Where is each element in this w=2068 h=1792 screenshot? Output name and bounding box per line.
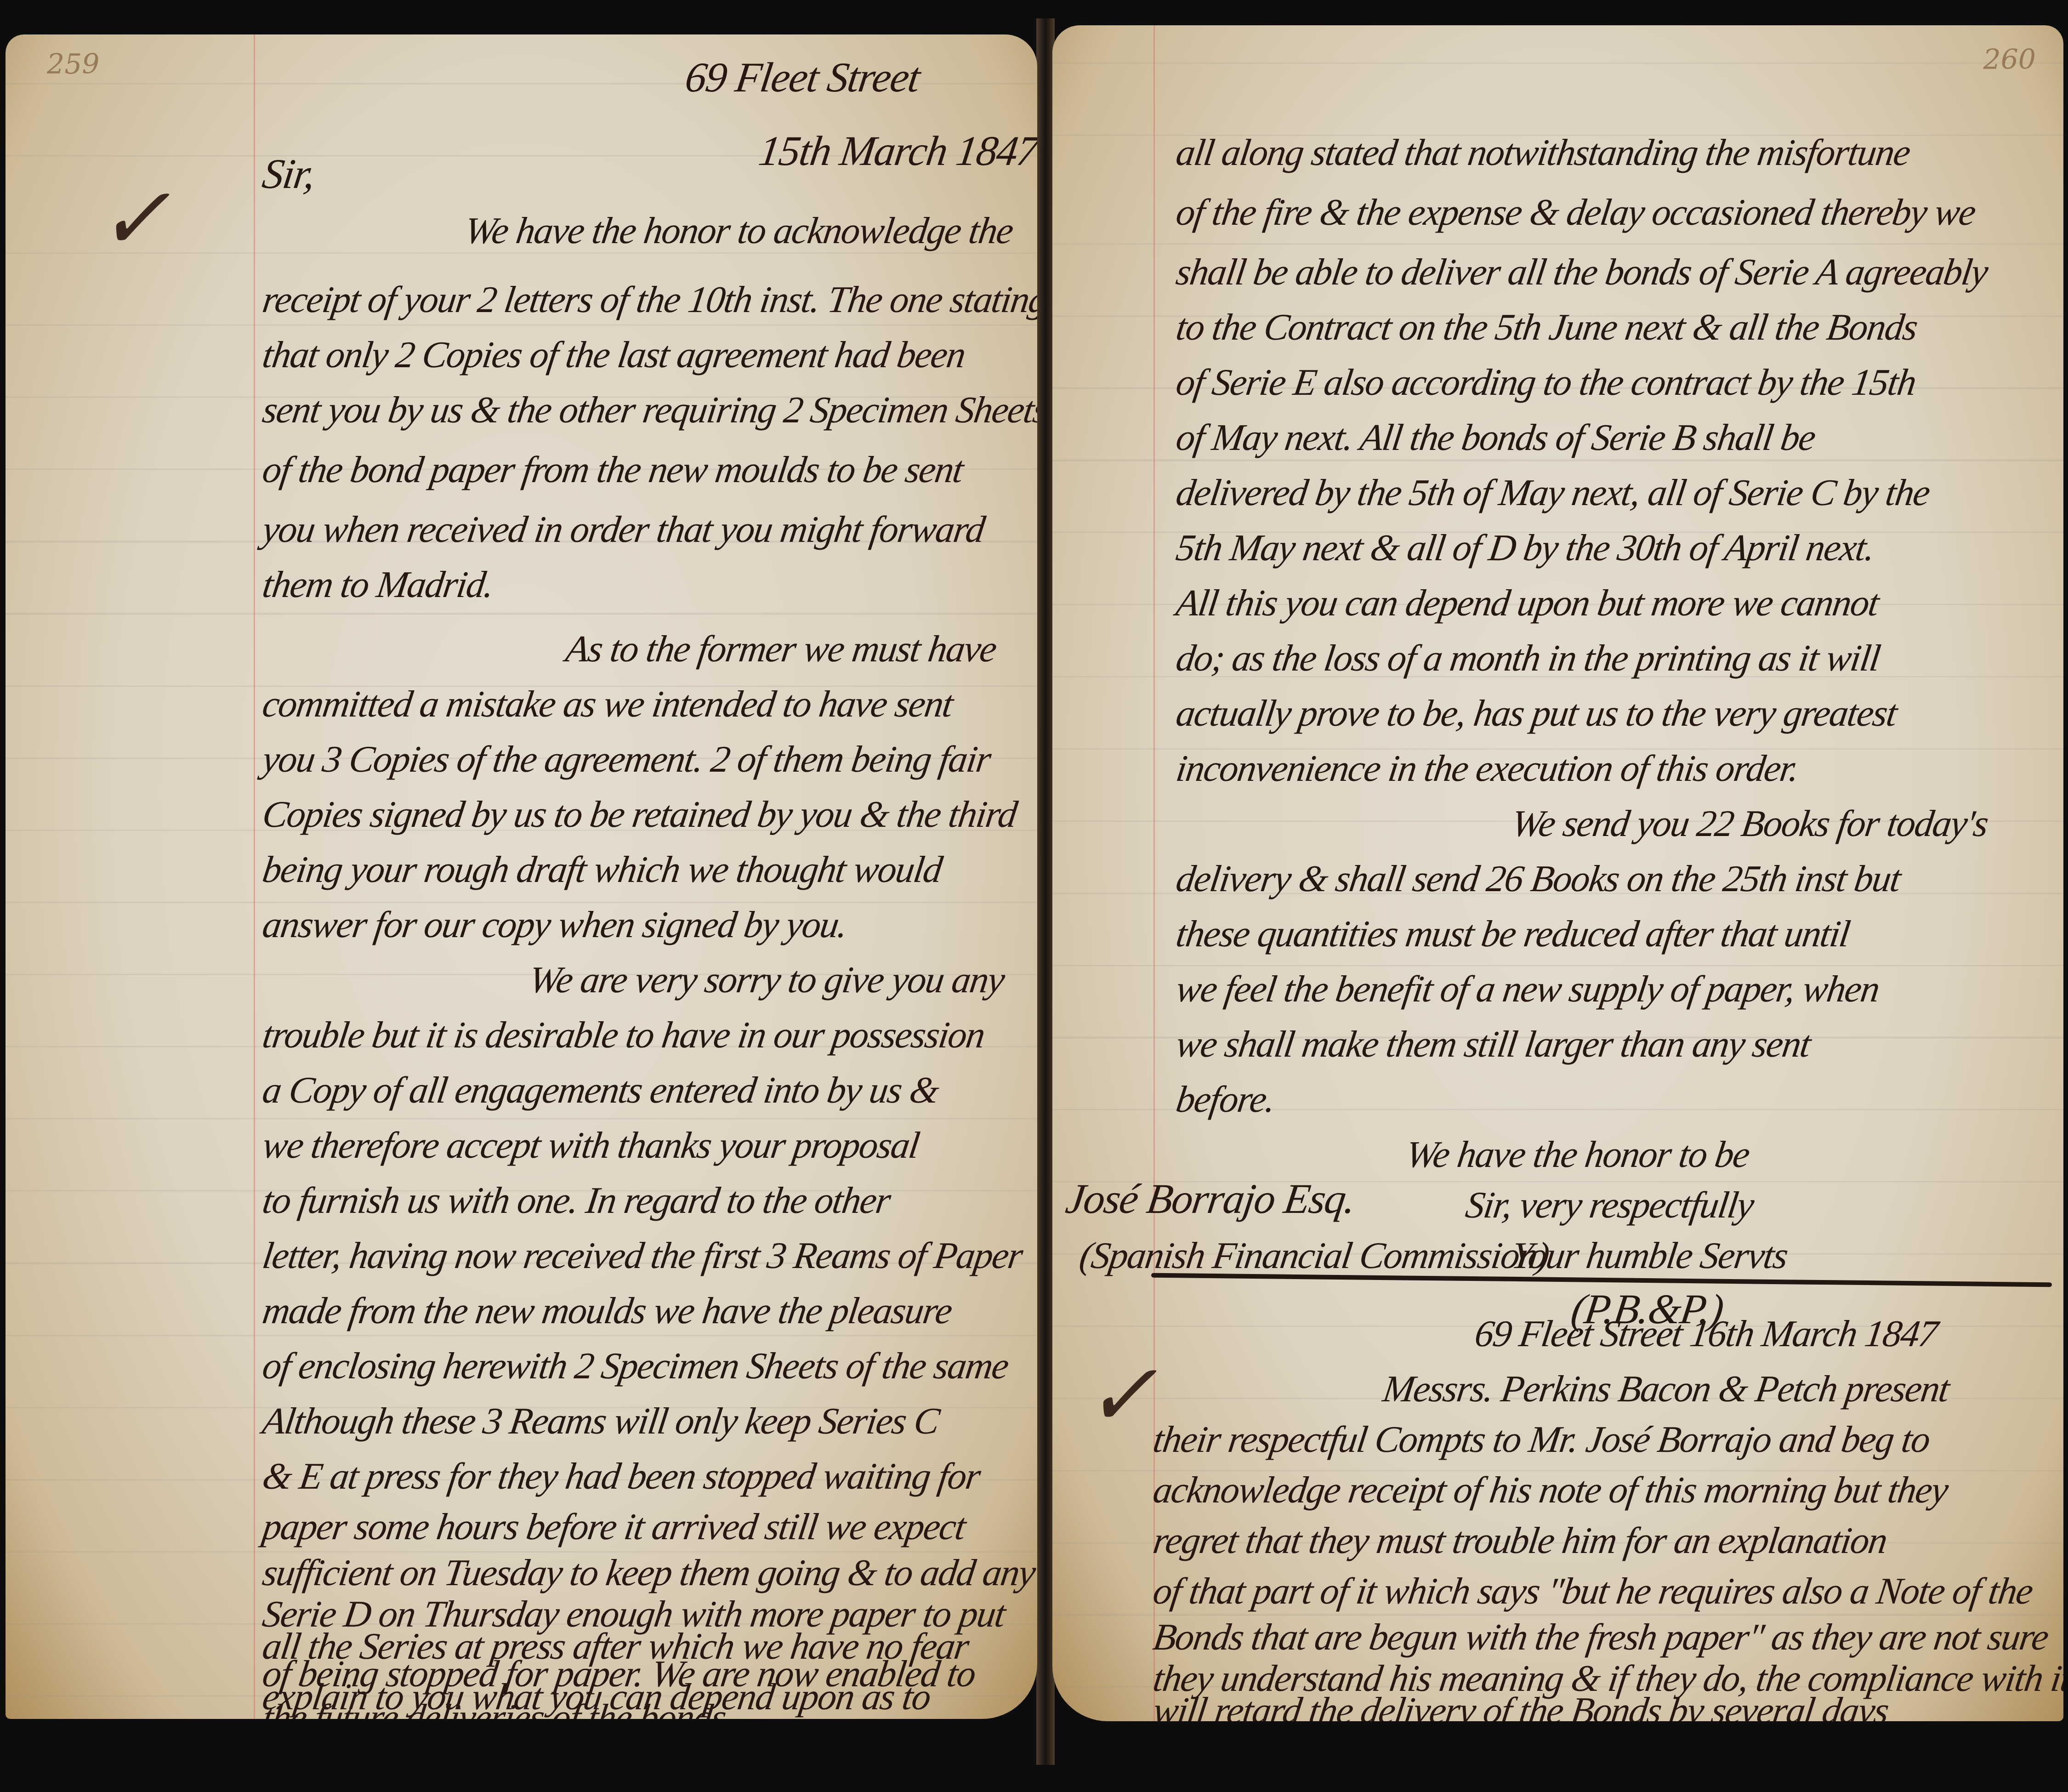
check-mark-icon: ✓ bbox=[97, 168, 170, 269]
addressee-title: (Spanish Financial Commission) bbox=[1077, 1234, 1551, 1277]
body-line: delivery & shall send 26 Books on the 25… bbox=[1173, 857, 1903, 900]
body-line: Bonds that are begun with the fresh pape… bbox=[1150, 1616, 2051, 1659]
body-line: receipt of your 2 letters of the 10th in… bbox=[260, 278, 1037, 321]
body-line: trouble but it is desirable to have in o… bbox=[260, 1013, 987, 1057]
margin-rule bbox=[1153, 25, 1155, 1721]
body-line: these quantities must be reduced after t… bbox=[1173, 912, 1852, 956]
body-line: delivered by the 5th of May next, all of… bbox=[1173, 471, 1932, 514]
body-line: sent you by us & the other requiring 2 S… bbox=[260, 388, 1037, 432]
folio-number: 260 bbox=[1983, 44, 2036, 76]
letter-address: 69 Fleet Street bbox=[682, 53, 923, 102]
body-line: being your rough draft which we thought … bbox=[260, 848, 944, 891]
body-line: regret that they must trouble him for an… bbox=[1150, 1519, 1889, 1562]
body-line: committed a mistake as we intended to ha… bbox=[260, 683, 955, 726]
body-line: actually prove to be, has put us to the … bbox=[1173, 692, 1899, 735]
body-line: of the bond paper from the new moulds to… bbox=[260, 448, 966, 491]
body-line: We send you 22 Books for today's bbox=[1509, 802, 1990, 845]
addressee-name: José Borrajo Esq. bbox=[1063, 1174, 1358, 1223]
check-mark-icon: ✓ bbox=[1085, 1344, 1158, 1446]
body-line: you 3 Copies of the agreement. 2 of them… bbox=[260, 738, 993, 781]
body-line: paper some hours before it arrived still… bbox=[260, 1505, 968, 1548]
body-line: of May next. All the bonds of Serie B sh… bbox=[1173, 416, 1818, 459]
right-page: 260 all along stated that notwithstandin… bbox=[1052, 25, 2063, 1721]
folio-number: 259 bbox=[47, 48, 100, 80]
body-line: them to Madrid. bbox=[260, 563, 496, 606]
book-gutter bbox=[1036, 18, 1055, 1765]
body-line: you when received in order that you migh… bbox=[260, 508, 987, 551]
body-line: Copies signed by us to be retained by yo… bbox=[260, 793, 1019, 836]
body-line: of enclosing herewith 2 Specimen Sheets … bbox=[260, 1344, 1011, 1388]
body-line: sufficient on Tuesday to keep them going… bbox=[260, 1551, 1037, 1594]
body-line: their respectful Compts to Mr. José Borr… bbox=[1150, 1418, 1932, 1461]
closing-line: Your humble Servts bbox=[1509, 1234, 1790, 1277]
body-line: of that part of it which says "but he re… bbox=[1150, 1570, 2035, 1613]
body-line: that only 2 Copies of the last agreement… bbox=[260, 333, 968, 376]
body-line: of Serie E also according to the contrac… bbox=[1173, 361, 1918, 404]
letter-date: 15th March 1847 bbox=[756, 126, 1037, 175]
body-line: letter, having now received the first 3 … bbox=[260, 1234, 1025, 1277]
body-line: to furnish us with one. In regard to the… bbox=[260, 1179, 892, 1222]
body-line: As to the former we must have bbox=[563, 627, 999, 671]
closing-line: Sir, very respectfully bbox=[1463, 1183, 1756, 1227]
body-line: inconvenience in the execution of this o… bbox=[1173, 747, 1801, 790]
body-line: We have the honor to acknowledge the bbox=[462, 209, 1015, 252]
body-line: the future deliveries of the bonds.— bbox=[260, 1696, 769, 1719]
body-line: before. bbox=[1173, 1078, 1277, 1121]
body-line: answer for our copy when signed by you. bbox=[260, 903, 849, 946]
body-line: made from the new moulds we have the ple… bbox=[260, 1289, 954, 1332]
body-line: All this you can depend upon but more we… bbox=[1173, 581, 1881, 625]
body-line: to the Contract on the 5th June next & a… bbox=[1173, 306, 1920, 349]
body-line: & E at press for they had been stopped w… bbox=[260, 1455, 983, 1498]
body-line: shall be able to deliver all the bonds o… bbox=[1173, 250, 1990, 294]
margin-rule bbox=[254, 34, 255, 1719]
body-line: we therefore accept with thanks your pro… bbox=[260, 1124, 921, 1167]
body-line: will retard the delivery of the Bonds by… bbox=[1150, 1689, 1891, 1721]
body-line: We are very sorry to give you any bbox=[526, 958, 1007, 1001]
body-line: we shall make them still larger than any… bbox=[1173, 1023, 1812, 1066]
salutation: Sir, bbox=[260, 149, 318, 198]
body-line: of the fire & the expense & delay occasi… bbox=[1173, 191, 1978, 234]
body-line: 5th May next & all of D by the 30th of A… bbox=[1173, 526, 1877, 569]
body-line: acknowledge receipt of his note of this … bbox=[1150, 1468, 1950, 1512]
body-line: Although these 3 Reams will only keep Se… bbox=[260, 1399, 941, 1443]
body-line: a Copy of all engagements entered into b… bbox=[260, 1069, 941, 1112]
left-page: 259 ✓ 69 Fleet Street 15th March 1847 Si… bbox=[6, 34, 1037, 1719]
second-entry-address-date: 69 Fleet Street 16th March 1847 bbox=[1472, 1312, 1940, 1355]
body-line: do; as the loss of a month in the printi… bbox=[1173, 637, 1882, 680]
closing-line: We have the honor to be bbox=[1403, 1133, 1752, 1176]
body-line: we feel the benefit of a new supply of p… bbox=[1173, 967, 1882, 1011]
body-line: Messrs. Perkins Bacon & Petch present bbox=[1380, 1367, 1951, 1411]
body-line: all along stated that notwithstanding th… bbox=[1173, 131, 1912, 174]
